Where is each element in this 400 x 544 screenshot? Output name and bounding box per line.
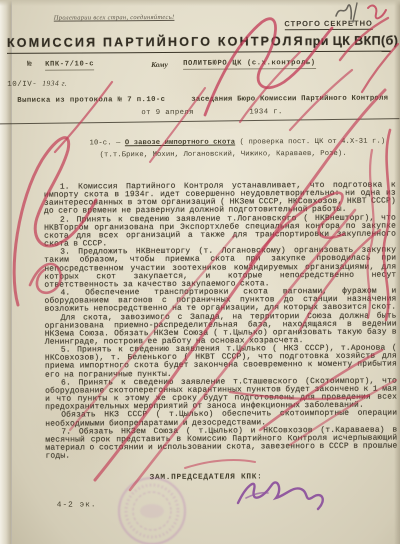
addressee-value: ПОЛИТБЮРО ЦК (с.х.контроль) (183, 59, 316, 70)
deputy-chairman-title: ЗАМ.ПРЕДСЕДАТЕЛЯ КПК: (150, 473, 263, 482)
protocol-year: 1934 г. (249, 108, 283, 116)
secrecy-stamp-label: СТРОГО СЕКРЕТНО (284, 19, 373, 31)
org-suffix: при ЦК ВКП(б) (305, 34, 399, 49)
protocol-extract-label: Выписка из протокола № 7 п.10-с (17, 96, 165, 105)
subject-members: (т.т.Брике, Мохин, Логановский, Чижико, … (100, 150, 347, 160)
paragraph-7: 7. Обязать НКЗем Союза ( т.Цылько) и НКС… (45, 426, 397, 461)
number-value: КПК-7/10-с (45, 60, 94, 70)
paragraph-4b: Для скота, завозимого с Запада, на терри… (45, 312, 397, 347)
copies-count-note: 4-2 эк. (57, 501, 97, 509)
subject-number: 10-с. — (90, 139, 121, 147)
document-date: 10/IV- 1934 г. (7, 79, 67, 89)
subject-title: О завозе импортного скота (125, 139, 235, 148)
paragraph-2: 2. Принять к сведению заявление т.Логано… (44, 214, 396, 249)
protocol-session-label: заседания Бюро Комиссии Партийного Контр… (191, 95, 388, 104)
paragraph-4: 4. Обеспечение транспортировки скота ваг… (44, 288, 396, 315)
proletarians-slogan: Пролетарии всех стран, соединяйтесь! (54, 14, 175, 22)
resolution-body: 1. Комиссия Партийного Контроля устанавл… (44, 182, 398, 461)
org-name: КОМИССИЯ ПАРТИЙНОГО КОНТРОЛЯ (7, 34, 305, 50)
paragraph-3: 3. Предложить НКВнешторгу (т. Логановско… (44, 247, 396, 290)
paragraph-6: 6. Принять к сведению заявление т.Сташев… (45, 377, 397, 412)
date-year: 1934 г. (42, 79, 67, 88)
protocol-date: от 9 апреля (141, 109, 194, 117)
typed-content-layer: Пролетарии всех стран, соединяйтесь! СТР… (0, 0, 400, 544)
subject-line: 10-с. — О завозе импортного скота ( пров… (90, 138, 396, 148)
date-day: 10/IV- (7, 81, 37, 89)
paragraph-1: 1. Комиссия Партийного Контроля устанавл… (44, 182, 396, 217)
scanned-document-page: Пролетарии всех стран, соединяйтесь! СТР… (0, 0, 400, 544)
letterhead-title: КОМИССИЯ ПАРТИЙНОГО КОНТРОЛЯ при ЦК ВКП(… (7, 34, 391, 54)
number-label: № (27, 61, 32, 69)
paragraph-5: 5. Принять к сведению заявления т.Цылько… (45, 345, 397, 380)
subject-note: ( проверка пост. ЦК от 4.Х-31 г.) (240, 138, 386, 147)
addressee-label: Кому (151, 60, 168, 69)
horizontal-divider-rule (0, 118, 399, 124)
